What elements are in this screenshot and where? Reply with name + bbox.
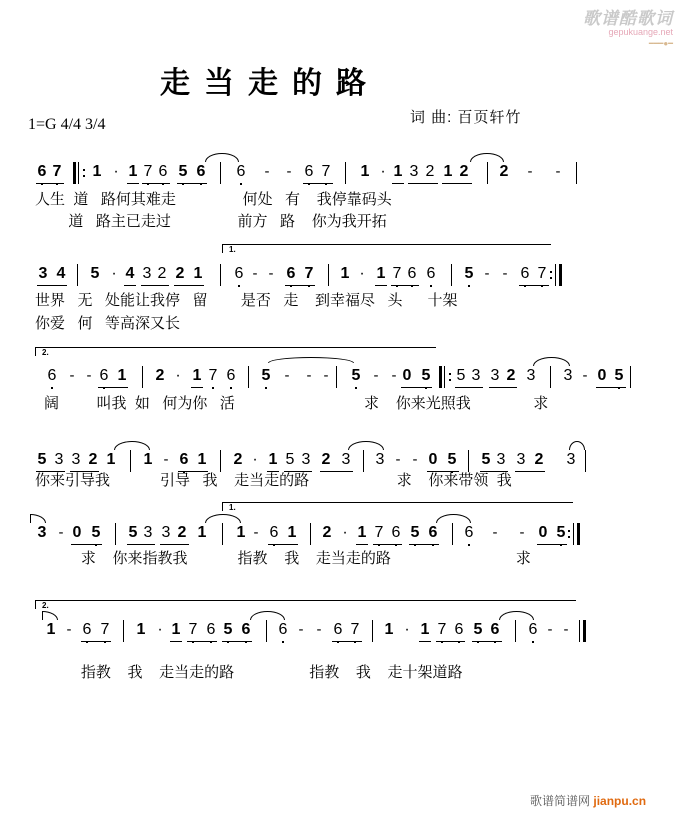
watermark-site-url: jianpu.cn — [593, 794, 646, 808]
lyrics-verse-1: 阔 叫我 如 何为你 活 求 你来光照我 求 — [44, 395, 548, 413]
lyrics-verse-2: 道 路主已走过 前方 路 你为我开拓 — [35, 213, 387, 231]
notation-line: 6 -- 61 2· 1 7 6 5 --- 5 -- 05 53 32 3 3… — [0, 366, 679, 392]
watermark-site-name: 歌谱简谱网 — [530, 794, 590, 808]
volta-2-bracket: 2. — [35, 347, 436, 356]
lyrics-verse-1: 指教 我 走当走的路 指教 我 走十架道路 — [35, 664, 463, 682]
key-signature: 1=G 4/4 3/4 — [28, 116, 105, 134]
notation-line: 3 - 05 53 32 1 1 - 61 2· 1 76 56 6 -- 05 — [0, 523, 679, 549]
notation-line: 34 5· 4 32 21 6 -- 67 1· 1 76 6 5 -- 67 — [0, 264, 679, 290]
notation-line: 67 1· 1 76 56 6 -- 67 1· 1 32 12 2 -- — [0, 162, 679, 188]
final-barline — [579, 620, 587, 642]
watermark-top: 歌谱酷歌词 gepukuange.net ━━━●━ — [583, 4, 673, 48]
volta-1-bracket: 1. — [222, 244, 551, 253]
lyrics-verse-2: 你爱 何 等高深又长 — [35, 315, 180, 333]
lyrics-verse-1: 求 你来指教我 指教 我 走当走的路 求 — [35, 550, 531, 568]
watermark-bottom: 歌谱简谱网 jianpu.cn — [530, 792, 646, 809]
song-title: 走当走的路 — [160, 58, 380, 102]
lyrics-verse-1: 世界 无 处能让我停 留 是否 走 到幸福尽 头 十架 — [35, 292, 458, 310]
lyrics-verse-1: 人生 道 路何其难走 何处 有 我停靠码头 — [35, 191, 392, 209]
watermark-ornament-icon: ━━━●━ — [583, 39, 673, 48]
credit: 词 曲: 百页轩竹 — [410, 106, 522, 127]
watermark-logo-text: 歌谱酷歌词 — [583, 4, 673, 29]
lyrics-verse-1: 你来引导我 引导 我 走当走的路 求 你来带领 我 — [35, 472, 512, 490]
volta-2-bracket: 2. — [35, 600, 576, 609]
notation-line: 1 - 67 1· 1 76 56 6 -- 67 1· 1 76 56 6 -… — [0, 620, 679, 646]
volta-1-bracket: 1. — [222, 502, 573, 511]
